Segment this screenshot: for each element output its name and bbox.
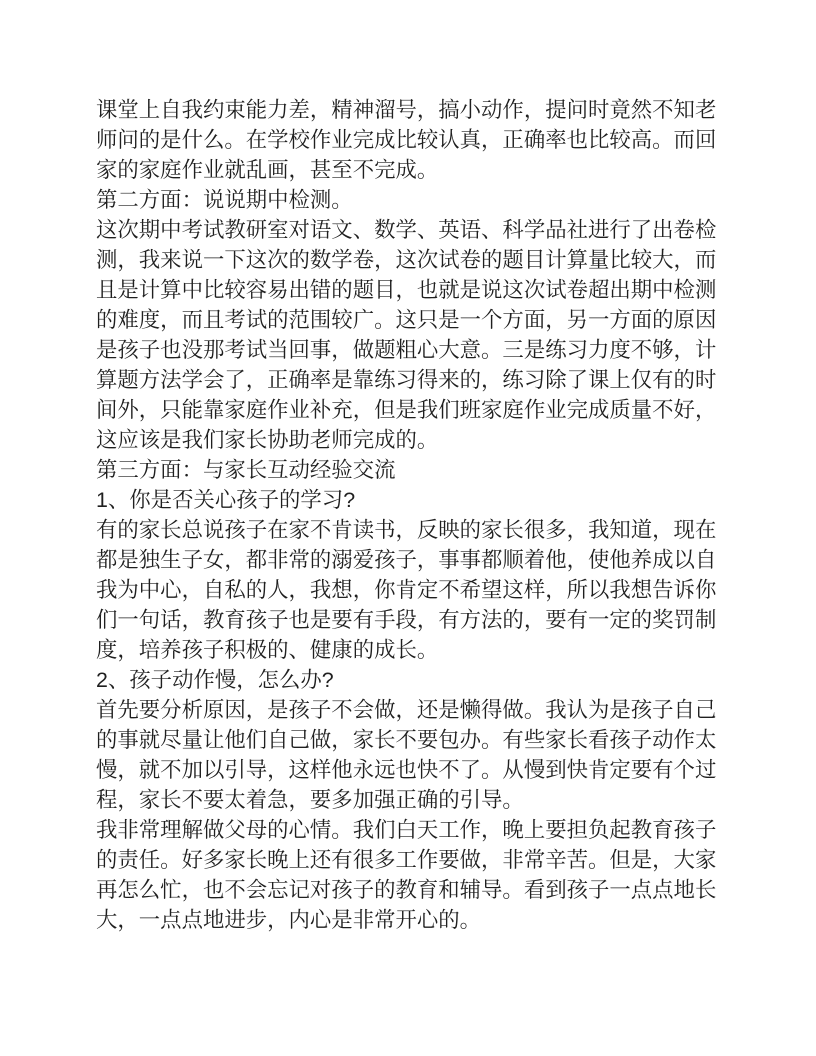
text-line: 是孩子也没那考试当回事，做题粗心大意。三是练习力度不够，计	[96, 335, 756, 365]
heading-part-two: 第二方面：说说期中检测。	[96, 185, 756, 215]
question-2: 2、孩子动作慢，怎么办?	[96, 665, 756, 695]
question-1: 1、你是否关心孩子的学习?	[96, 485, 756, 515]
document-page: 课堂上自我约束能力差，精神溜号，搞小动作，提问时竟然不知老师问的是什么。在学校作…	[0, 0, 816, 1056]
text-line: 测，我来说一下这次的数学卷，这次试卷的题目计算量比较大，而	[96, 245, 756, 275]
text-line: 1、你是否关心孩子的学习?	[96, 485, 756, 515]
text-line: 且是计算中比较容易出错的题目，也就是说这次试卷超出期中检测	[96, 275, 756, 305]
text-line: 2、孩子动作慢，怎么办?	[96, 665, 756, 695]
paragraph-classroom-behavior: 课堂上自我约束能力差，精神溜号，搞小动作，提问时竟然不知老师问的是什么。在学校作…	[96, 95, 756, 185]
text-line: 第三方面：与家长互动经验交流	[96, 455, 756, 485]
text-line: 再怎么忙，也不会忘记对孩子的教育和辅导。看到孩子一点点地长	[96, 875, 756, 905]
paragraph-answer-2: 首先要分析原因，是孩子不会做，还是懒得做。我认为是孩子自己的事就尽量让他们自己做…	[96, 695, 756, 815]
paragraph-midterm-exam: 这次期中考试教研室对语文、数学、英语、科学品社进行了出卷检测，我来说一下这次的数…	[96, 215, 756, 455]
text-line: 有的家长总说孩子在家不肯读书，反映的家长很多，我知道，现在	[96, 515, 756, 545]
text-line: 首先要分析原因，是孩子不会做，还是懒得做。我认为是孩子自己	[96, 695, 756, 725]
text-line: 的难度，而且考试的范围较广。这只是一个方面，另一方面的原因	[96, 305, 756, 335]
paragraph-parents-feelings: 我非常理解做父母的心情。我们白天工作，晚上要担负起教育孩子的责任。好多家长晚上还…	[96, 815, 756, 935]
text-line: 度，培养孩子积极的、健康的成长。	[96, 635, 756, 665]
text-line: 师问的是什么。在学校作业完成比较认真，正确率也比较高。而回	[96, 125, 756, 155]
text-line: 这次期中考试教研室对语文、数学、英语、科学品社进行了出卷检	[96, 215, 756, 245]
text-line: 家的家庭作业就乱画，甚至不完成。	[96, 155, 756, 185]
text-line: 大，一点点地进步，内心是非常开心的。	[96, 905, 756, 935]
text-line: 都是独生子女，都非常的溺爱孩子，事事都顺着他，使他养成以自	[96, 545, 756, 575]
text-line: 程，家长不要太着急，要多加强正确的引导。	[96, 785, 756, 815]
paragraph-answer-1: 有的家长总说孩子在家不肯读书，反映的家长很多，我知道，现在都是独生子女，都非常的…	[96, 515, 756, 665]
text-line: 课堂上自我约束能力差，精神溜号，搞小动作，提问时竟然不知老	[96, 95, 756, 125]
text-line: 这应该是我们家长协助老师完成的。	[96, 425, 756, 455]
text-line: 们一句话，教育孩子也是要有手段，有方法的，要有一定的奖罚制	[96, 605, 756, 635]
heading-part-three: 第三方面：与家长互动经验交流	[96, 455, 756, 485]
text-line: 间外，只能靠家庭作业补充，但是我们班家庭作业完成质量不好，	[96, 395, 756, 425]
text-line: 我为中心，自私的人，我想，你肯定不希望这样，所以我想告诉你	[96, 575, 756, 605]
text-line: 算题方法学会了，正确率是靠练习得来的，练习除了课上仅有的时	[96, 365, 756, 395]
text-line: 的事就尽量让他们自己做，家长不要包办。有些家长看孩子动作太	[96, 725, 756, 755]
text-line: 的责任。好多家长晚上还有很多工作要做，非常辛苦。但是，大家	[96, 845, 756, 875]
text-line: 慢，就不加以引导，这样他永远也快不了。从慢到快肯定要有个过	[96, 755, 756, 785]
page-text: 课堂上自我约束能力差，精神溜号，搞小动作，提问时竟然不知老师问的是什么。在学校作…	[96, 95, 756, 935]
text-line: 第二方面：说说期中检测。	[96, 185, 756, 215]
text-line: 我非常理解做父母的心情。我们白天工作，晚上要担负起教育孩子	[96, 815, 756, 845]
